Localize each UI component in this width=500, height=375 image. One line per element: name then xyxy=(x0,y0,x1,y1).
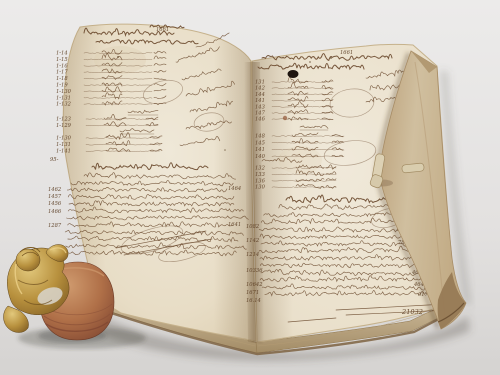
margin-number: 141 xyxy=(255,147,265,153)
handwriting-mark xyxy=(117,56,119,58)
margin-number: 1-130 xyxy=(56,89,72,95)
scene-svg: 1-141-151-161-171-181-191-1301-1311-1321… xyxy=(0,0,500,375)
margin-number: 140 xyxy=(255,154,266,160)
photo-stage: Photograph of an antique handwritten vel… xyxy=(0,0,500,375)
margin-number: 1671 xyxy=(246,290,259,296)
margin-number: 1287 xyxy=(48,223,62,229)
margin-number: 1-132 xyxy=(56,102,71,108)
margin-number: 95- xyxy=(50,157,59,163)
margin-number: 136 xyxy=(255,178,266,184)
margin-number: 130 xyxy=(255,185,266,191)
margin-number: 142 xyxy=(255,86,265,92)
ink-blot xyxy=(288,70,299,78)
margin-number: 143 xyxy=(255,104,266,110)
margin-number: 1-129 xyxy=(56,123,72,129)
margin-number: 145 xyxy=(255,140,265,146)
margin-number: 1-141 xyxy=(56,149,71,155)
margin-number: 1-18 xyxy=(56,76,68,82)
margin-number: 1214 xyxy=(246,252,259,258)
margin-number: 1142 xyxy=(246,238,259,244)
margin-number: 1661 xyxy=(156,27,169,33)
margin-number: 131 xyxy=(255,80,265,86)
margin-number: 1-17 xyxy=(56,70,68,76)
margin-number: 10336 xyxy=(246,268,263,274)
margin-number: 133 xyxy=(255,172,266,178)
margin-number: 1457 xyxy=(48,194,62,200)
margin-number: 1456 xyxy=(48,201,62,207)
handwriting-mark xyxy=(224,149,226,151)
page-stain xyxy=(278,146,322,174)
margin-number: 1-131 xyxy=(56,142,71,148)
margin-number: 1-19 xyxy=(56,83,68,89)
handwriting-mark xyxy=(283,116,287,120)
margin-number: 141 xyxy=(255,98,265,104)
margin-number: 1462 xyxy=(48,187,61,193)
page-stain xyxy=(94,46,146,74)
margin-number: 10642 xyxy=(246,282,263,288)
margin-number: 1641 xyxy=(228,222,241,228)
margin-number: 1-131 xyxy=(56,95,71,101)
margin-number: 1661 xyxy=(340,50,353,56)
margin-number: 1-123 xyxy=(56,117,72,123)
margin-number: 144 xyxy=(255,92,265,98)
margin-number: 16.14 xyxy=(246,298,261,304)
margin-number: 147 xyxy=(255,111,266,117)
margin-number: 146 xyxy=(255,117,266,123)
margin-number: 1466 xyxy=(48,209,62,215)
handwriting-mark xyxy=(139,209,141,211)
margin-number: 1082 xyxy=(246,224,259,230)
margin-number: 1464 xyxy=(228,186,241,192)
margin-number: 1-14 xyxy=(56,51,68,57)
margin-number: 148 xyxy=(255,134,266,140)
handwriting-mark xyxy=(330,57,332,59)
margin-number: 1-130 xyxy=(56,136,72,142)
margin-number: 1-15 xyxy=(56,57,68,63)
margin-number: 132 xyxy=(255,166,265,172)
margin-number: 1-16 xyxy=(56,63,68,69)
handwriting-mark xyxy=(309,61,311,63)
